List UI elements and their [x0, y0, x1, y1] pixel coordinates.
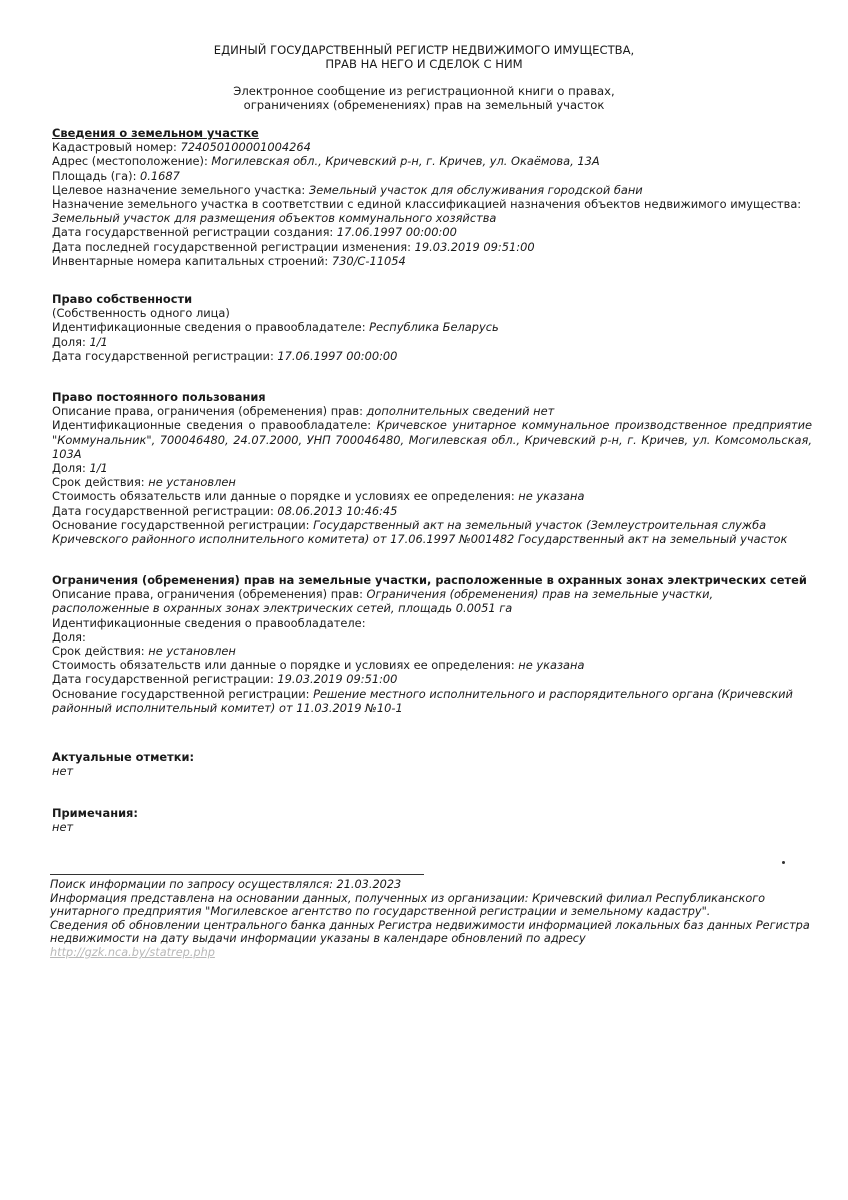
field-label: Доля: — [52, 335, 89, 349]
field-label: Целевое назначение земельного участка: — [52, 183, 309, 197]
term-value: не установлен — [148, 644, 236, 658]
address-value: Могилевская обл., Кричевский р-н, г. Кри… — [211, 154, 599, 168]
field-label: Дата государственной регистрации создани… — [52, 225, 337, 239]
field-label: Дата государственной регистрации: — [52, 349, 277, 363]
field-label: Дата государственной регистрации: — [52, 504, 277, 518]
cost-value: не указана — [518, 489, 584, 503]
section-title: Ограничения (обременения) прав на земель… — [52, 573, 812, 587]
holder-value: Республика Беларусь — [369, 320, 499, 334]
ownership-section: Право собственности (Собственность одног… — [52, 292, 812, 363]
term-value: не установлен — [148, 475, 236, 489]
date-value: 17.06.1997 00:00:00 — [277, 349, 397, 363]
field-label: Адрес (местоположение): — [52, 154, 211, 168]
field-label: Дата государственной регистрации: — [52, 672, 277, 686]
section-title: Право собственности — [52, 292, 812, 306]
field-label: Инвентарные номера капитальных строений: — [52, 254, 332, 268]
updates-info: Сведения об обновлении центрального банк… — [50, 919, 810, 946]
field-label: Дата последней государственной регистрац… — [52, 240, 415, 254]
section-title: Сведения о земельном участке — [52, 126, 812, 140]
share-row: Доля: 1/1 — [52, 461, 812, 475]
ownership-type: (Собственность одного лица) — [52, 306, 812, 320]
inventory-number: 730/С-11054 — [332, 254, 406, 268]
holder-row: Идентификационные сведения о правооблада… — [52, 418, 812, 461]
share-row: Доля: 1/1 — [52, 335, 812, 349]
permanent-use-section: Право постоянного пользования Описание п… — [52, 390, 812, 546]
field-label: Основание государственной регистрации: — [52, 687, 313, 701]
share-value: 1/1 — [89, 335, 107, 349]
purpose-value: Земельный участок для обслуживания город… — [309, 183, 643, 197]
classification-label: Назначение земельного участка в соответс… — [52, 197, 812, 211]
field-label: Идентификационные сведения о правооблада… — [52, 418, 377, 432]
current-marks-value: нет — [52, 764, 812, 778]
field-label: Площадь (га): — [52, 169, 140, 183]
field-label: Стоимость обязательств или данные о поря… — [52, 489, 518, 503]
created-row: Дата государственной регистрации создани… — [52, 225, 812, 239]
cadastral-number: 724050100001004264 — [180, 140, 310, 154]
share-row: Доля: — [52, 630, 812, 644]
term-row: Срок действия: не установлен — [52, 644, 812, 658]
field-label: Стоимость обязательств или данные о поря… — [52, 658, 518, 672]
footer: Поиск информации по запросу осуществлялс… — [50, 878, 810, 960]
land-info-section: Сведения о земельном участке Кадастровый… — [52, 126, 812, 268]
purpose-row: Целевое назначение земельного участка: З… — [52, 183, 812, 197]
cost-row: Стоимость обязательств или данные о поря… — [52, 658, 812, 672]
basis-row: Основание государственной регистрации: Р… — [52, 687, 812, 715]
classification-value: Земельный участок для размещения объекто… — [52, 211, 812, 225]
changed-row: Дата последней государственной регистрац… — [52, 240, 812, 254]
area-row: Площадь (га): 0.1687 — [52, 169, 812, 183]
document-title: ЕДИНЫЙ ГОСУДАРСТВЕННЫЙ РЕГИСТР НЕДВИЖИМО… — [0, 43, 848, 71]
desc-row: Описание права, ограничения (обременения… — [52, 404, 812, 418]
title-line-1: ЕДИНЫЙ ГОСУДАРСТВЕННЫЙ РЕГИСТР НЕДВИЖИМО… — [0, 43, 848, 57]
address-row: Адрес (местоположение): Могилевская обл.… — [52, 154, 812, 168]
section-title: Право постоянного пользования — [52, 390, 812, 404]
field-label: Срок действия: — [52, 644, 148, 658]
section-title: Актуальные отметки: — [52, 750, 812, 764]
subtitle-line-2: ограничениях (обременениях) прав на земе… — [0, 98, 848, 112]
notes-section: Примечания: нет — [52, 806, 812, 834]
search-date: Поиск информации по запросу осуществлялс… — [50, 878, 810, 892]
created-date: 17.06.1997 00:00:00 — [337, 225, 457, 239]
current-marks-section: Актуальные отметки: нет — [52, 750, 812, 778]
date-row: Дата государственной регистрации: 08.06.… — [52, 504, 812, 518]
document-subtitle: Электронное сообщение из регистрационной… — [0, 84, 848, 112]
title-line-2: ПРАВ НА НЕГО И СДЕЛОК С НИМ — [0, 57, 848, 71]
date-row: Дата государственной регистрации: 17.06.… — [52, 349, 812, 363]
field-label: Описание права, ограничения (обременения… — [52, 404, 367, 418]
holder-row: Идентификационные сведения о правооблада… — [52, 320, 812, 334]
desc-row: Описание права, ограничения (обременения… — [52, 587, 812, 615]
notes-value: нет — [52, 820, 812, 834]
field-label: Срок действия: — [52, 475, 148, 489]
scan-speck — [782, 861, 785, 864]
document-page: ЕДИНЫЙ ГОСУДАРСТВЕННЫЙ РЕГИСТР НЕДВИЖИМО… — [0, 0, 848, 1200]
inventory-row: Инвентарные номера капитальных строений:… — [52, 254, 812, 268]
area-value: 0.1687 — [140, 169, 180, 183]
section-title: Примечания: — [52, 806, 812, 820]
statrep-link[interactable]: http://gzk.nca.by/statrep.php — [50, 946, 215, 959]
holder-row: Идентификационные сведения о правооблада… — [52, 616, 812, 630]
desc-value: дополнительных сведений нет — [367, 404, 555, 418]
subtitle-line-1: Электронное сообщение из регистрационной… — [0, 84, 848, 98]
date-value: 19.03.2019 09:51:00 — [277, 672, 397, 686]
share-value: 1/1 — [89, 461, 107, 475]
field-label: Доля: — [52, 461, 89, 475]
basis-row: Основание государственной регистрации: Г… — [52, 518, 812, 546]
field-label: Основание государственной регистрации: — [52, 518, 313, 532]
cost-value: не указана — [518, 658, 584, 672]
field-label: Идентификационные сведения о правооблада… — [52, 320, 369, 334]
field-label: Описание права, ограничения (обременения… — [52, 587, 367, 601]
term-row: Срок действия: не установлен — [52, 475, 812, 489]
field-label: Кадастровый номер: — [52, 140, 180, 154]
footer-divider — [50, 874, 424, 875]
date-value: 08.06.2013 10:46:45 — [277, 504, 397, 518]
source-info: Информация представлена на основании дан… — [50, 892, 810, 919]
restrictions-section: Ограничения (обременения) прав на земель… — [52, 573, 812, 715]
cadastral-row: Кадастровый номер: 724050100001004264 — [52, 140, 812, 154]
date-row: Дата государственной регистрации: 19.03.… — [52, 672, 812, 686]
cost-row: Стоимость обязательств или данные о поря… — [52, 489, 812, 503]
changed-date: 19.03.2019 09:51:00 — [415, 240, 535, 254]
